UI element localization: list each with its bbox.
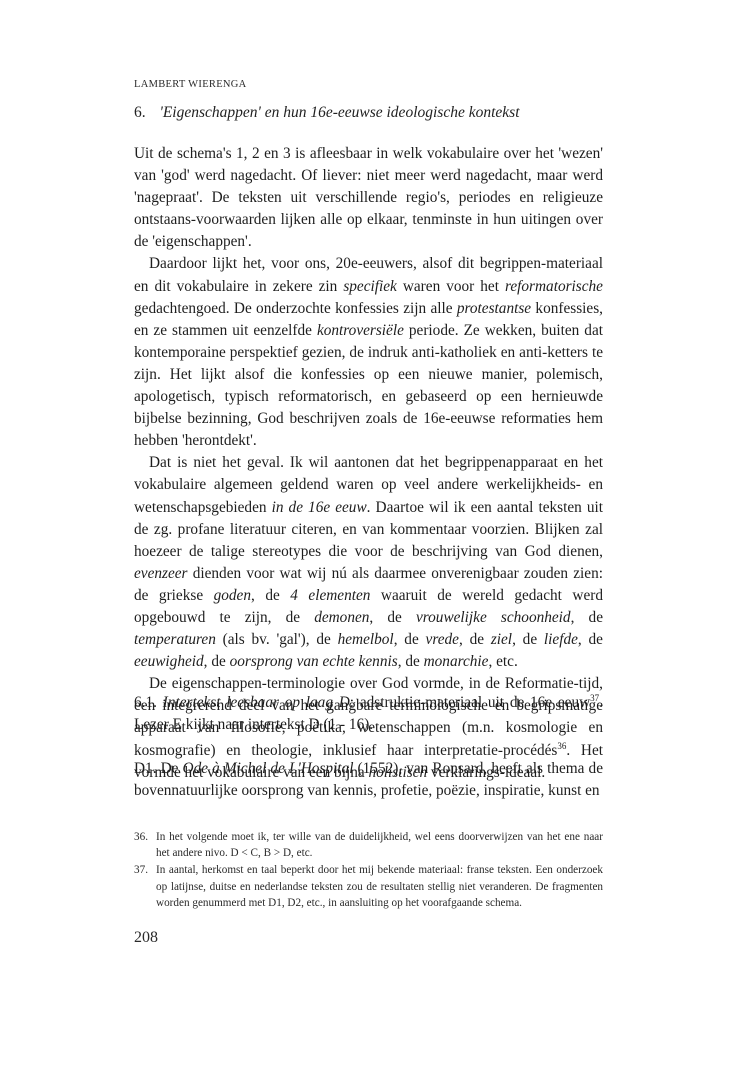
footnote-number: 37.: [134, 862, 156, 911]
footnote-ref-37[interactable]: 37: [590, 693, 599, 703]
footnote-36: 36. In het volgende moet ik, ter wille v…: [134, 829, 603, 861]
footnote-number: 36.: [134, 829, 156, 861]
footnote-text: In aantal, herkomst en taal beperkt door…: [156, 862, 603, 911]
paragraph-3: Dat is niet het geval. Ik wil aantonen d…: [134, 452, 603, 673]
section-title: 'Eigenschappen' en hun 16e-eeuwse ideolo…: [160, 104, 520, 121]
running-head: LAMBERT WIERENGA: [134, 79, 247, 90]
footnote-text: In het volgende moet ik, ter wille van d…: [156, 829, 603, 861]
footnotes: 36. In het volgende moet ik, ter wille v…: [134, 829, 603, 912]
paragraph-1: Uit de schema's 1, 2 en 3 is afleesbaar …: [134, 143, 603, 253]
section-heading: 6. 'Eigenschappen' en hun 16e-eeuwse ide…: [134, 104, 520, 122]
paragraph-2: Daardoor lijkt het, voor ons, 20e-eeuwer…: [134, 253, 603, 452]
page-number: 208: [134, 929, 158, 947]
paragraph-5: 6.1. Intertekst leesbaar op laag D: adst…: [134, 692, 603, 736]
subsection-6-1: 6.1. Intertekst leesbaar op laag D: adst…: [134, 692, 603, 736]
main-text: Uit de schema's 1, 2 en 3 is afleesbaar …: [134, 143, 603, 784]
book-page: LAMBERT WIERENGA 6. 'Eigenschappen' en h…: [0, 0, 738, 1068]
footnote-37: 37. In aantal, herkomst en taal beperkt …: [134, 862, 603, 911]
paragraph-6: D1. De Ode à Michel de L'Hospital (1552)…: [134, 758, 603, 802]
fragment-d1: D1. De Ode à Michel de L'Hospital (1552)…: [134, 758, 603, 802]
section-number: 6.: [134, 104, 146, 121]
